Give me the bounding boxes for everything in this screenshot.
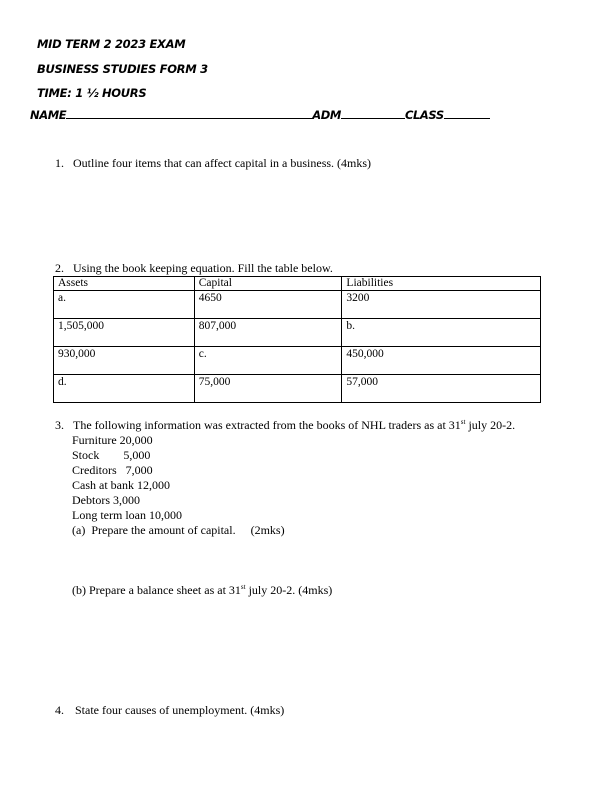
header-liabilities: Liabilities [342,277,541,291]
question-4-text: State four causes of unemployment. (4mks… [75,703,284,717]
table-cell: 4650 [194,291,342,319]
question-3b: (b) Prepare a balance sheet as at 31st j… [72,583,332,598]
question-1-text: Outline four items that can affect capit… [73,156,371,170]
list-item: Cash at bank 12,000 [72,478,170,493]
question-1: 1.Outline four items that can affect cap… [55,156,371,171]
question-3-text: The following information was extracted … [73,418,461,432]
list-item: Stock 5,000 [72,448,150,463]
table-cell: d. [54,375,195,403]
name-blank[interactable] [66,108,312,119]
table-cell: 1,505,000 [54,319,195,347]
table-row: d. 75,000 57,000 [54,375,541,403]
question-3a: (a) Prepare the amount of capital. (2mks… [72,523,285,538]
student-details-line: NAMEADMCLASS [30,108,490,122]
table-cell: a. [54,291,195,319]
table-row: a. 4650 3200 [54,291,541,319]
question-4: 4.State four causes of unemployment. (4m… [55,703,284,718]
header-capital: Capital [194,277,342,291]
name-label: NAME [30,108,66,122]
table-cell: b. [342,319,541,347]
accounting-equation-table: Assets Capital Liabilities a. 4650 3200 … [53,276,541,403]
table-cell: 807,000 [194,319,342,347]
table-cell: 75,000 [194,375,342,403]
list-item: Long term loan 10,000 [72,508,182,523]
list-item: Creditors 7,000 [72,463,153,478]
table-cell: 57,000 [342,375,541,403]
table-cell: c. [194,347,342,375]
adm-blank[interactable] [341,108,405,119]
class-blank[interactable] [444,108,490,119]
adm-label: ADM [312,108,341,122]
table-row: 1,505,000 807,000 b. [54,319,541,347]
list-item: Debtors 3,000 [72,493,140,508]
table-cell: 3200 [342,291,541,319]
exam-title: MID TERM 2 2023 EXAM [37,37,185,51]
table-row: 930,000 c. 450,000 [54,347,541,375]
table-header-row: Assets Capital Liabilities [54,277,541,291]
question-3: 3.The following information was extracte… [55,418,515,433]
header-assets: Assets [54,277,195,291]
subject-title: BUSINESS STUDIES FORM 3 [37,62,208,76]
table-cell: 930,000 [54,347,195,375]
question-2: 2.Using the book keeping equation. Fill … [55,261,333,276]
question-2-text: Using the book keeping equation. Fill th… [73,261,333,275]
table-cell: 450,000 [342,347,541,375]
class-label: CLASS [405,108,444,122]
exam-time: TIME: 1 ½ HOURS [37,86,146,100]
list-item: Furniture 20,000 [72,433,153,448]
